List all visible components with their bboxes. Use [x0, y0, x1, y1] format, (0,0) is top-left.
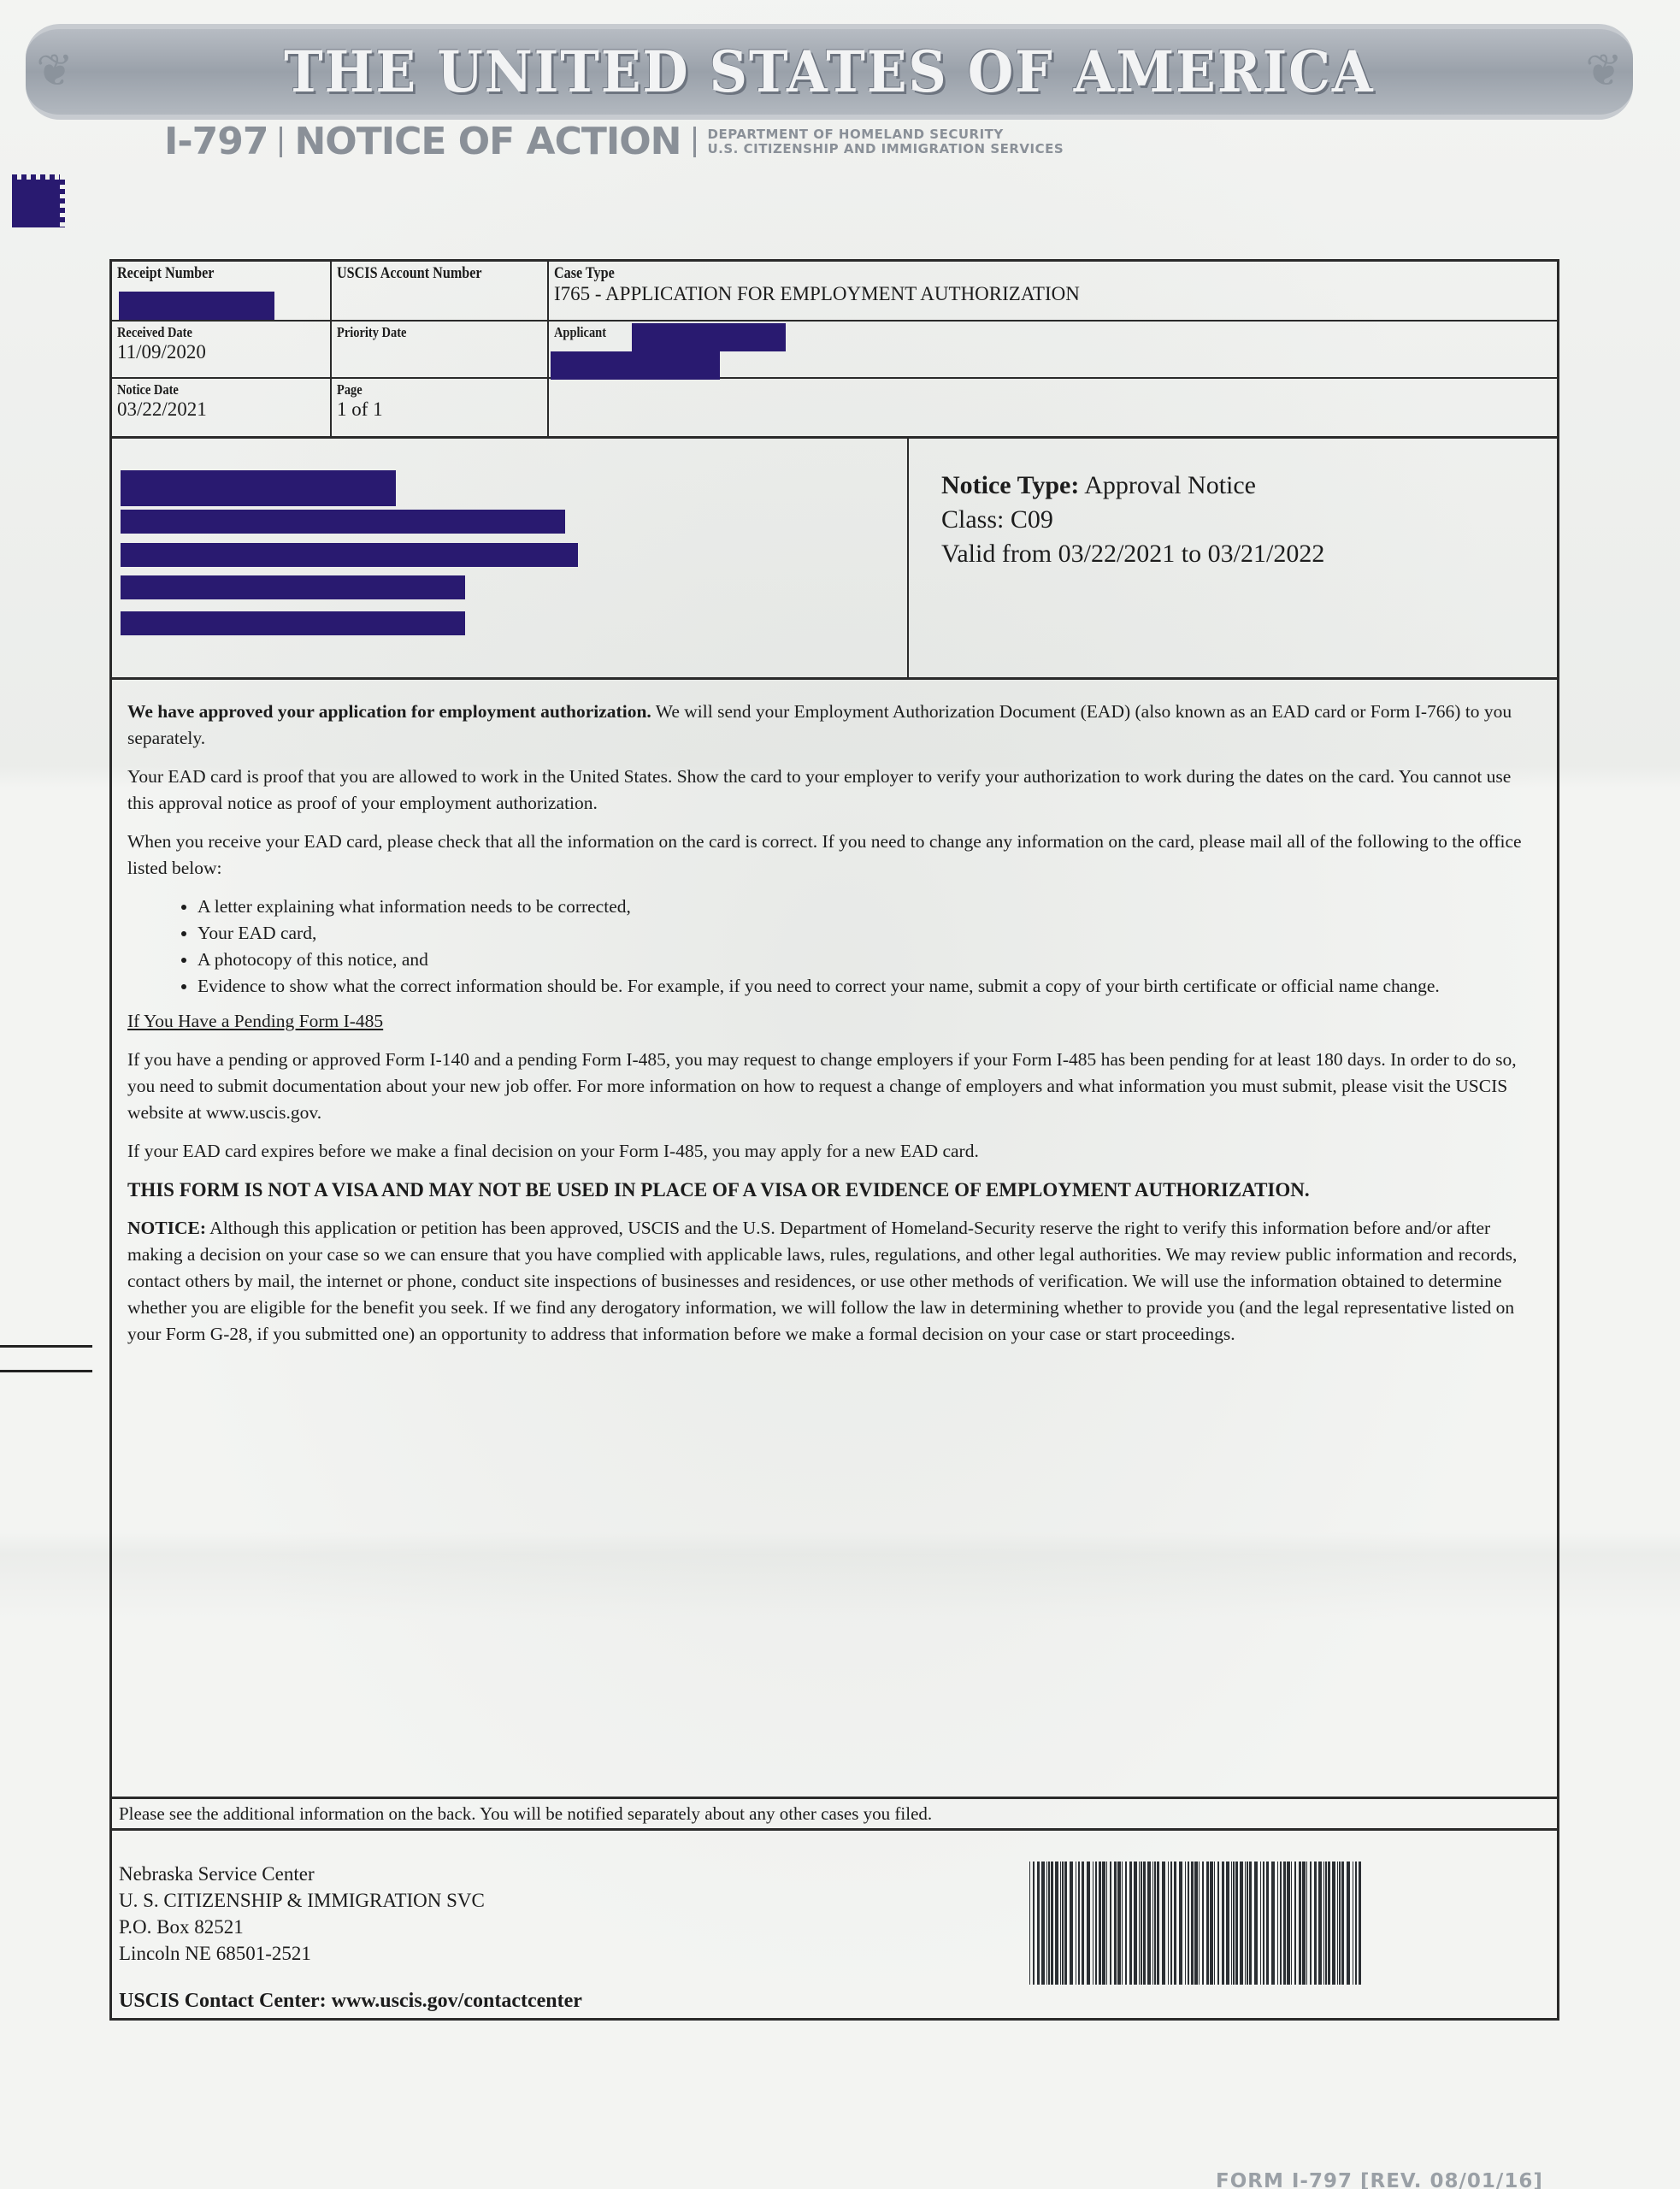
redacted-address-line: [121, 510, 565, 534]
ead-proof-paragraph: Your EAD card is proof that you are allo…: [127, 764, 1541, 817]
validity-period: Valid from 03/22/2021 to 03/21/2022: [941, 537, 1324, 571]
notice-body: We have approved your application for em…: [109, 677, 1559, 1799]
class: Class: C09: [941, 503, 1324, 537]
redacted-applicant: [632, 323, 786, 351]
form-name: NOTICE OF ACTION: [294, 120, 681, 163]
not-a-visa-warning: THIS FORM IS NOT A VISA AND MAY NOT BE U…: [127, 1177, 1541, 1203]
case-type-cell: Case Type I765 - APPLICATION FOR EMPLOYM…: [549, 262, 1557, 322]
renewal-paragraph: If your EAD card expires before we make …: [127, 1138, 1541, 1165]
case-info-table: Receipt Number USCIS Account Number Case…: [109, 259, 1559, 439]
list-item: Your EAD card,: [197, 920, 1541, 947]
received-date-cell: Received Date 11/09/2020: [112, 322, 332, 379]
receipt-number-cell: Receipt Number: [112, 262, 332, 322]
divider: [693, 127, 696, 157]
notice-date-cell: Notice Date 03/22/2021: [112, 379, 332, 436]
fold-mark: [0, 1345, 92, 1348]
form-revision: FORM I-797 [REV. 08/01/16]: [1216, 2170, 1543, 2189]
redacted-address-line: [121, 470, 396, 506]
fold-mark: [0, 1370, 92, 1372]
banner: ❦ THE UNITED STATES OF AMERICA ❦: [26, 24, 1633, 120]
contact-center: USCIS Contact Center: www.uscis.gov/cont…: [119, 1990, 582, 2013]
applicant-cell: Applicant: [549, 322, 1557, 379]
list-item: Evidence to show what the correct inform…: [197, 973, 1541, 1000]
redacted-address-line: [121, 575, 465, 599]
approval-paragraph: We have approved your application for em…: [127, 699, 1541, 752]
list-item: A letter explaining what information nee…: [197, 894, 1541, 920]
correction-paragraph: When you receive your EAD card, please c…: [127, 829, 1541, 882]
form-number: I-797: [164, 120, 268, 163]
ornament-icon: ❦: [31, 44, 79, 99]
page-cell: Page 1 of 1: [332, 379, 549, 436]
banner-title: THE UNITED STATES OF AMERICA: [284, 38, 1374, 105]
priority-date-cell: Priority Date: [332, 322, 549, 379]
redacted-address-line: [121, 611, 465, 635]
empty-cell: [549, 379, 1557, 436]
redacted-receipt-number: [119, 292, 274, 320]
notice-summary: Notice Type: Approval Notice Class: C09 …: [941, 469, 1324, 571]
pending-i485-heading: If You Have a Pending Form I-485: [127, 1008, 1541, 1035]
registration-mark: [12, 180, 60, 227]
change-employer-paragraph: If you have a pending or approved Form I…: [127, 1047, 1541, 1126]
additional-info-bar: Please see the additional information on…: [109, 1797, 1559, 1831]
notice-type: Approval Notice: [1084, 471, 1256, 499]
verification-notice: NOTICE: Although this application or pet…: [127, 1215, 1541, 1348]
service-center-address: Nebraska Service Center U. S. CITIZENSHI…: [119, 1861, 485, 1967]
agency-name: DEPARTMENT OF HOMELAND SECURITY U.S. CIT…: [708, 127, 1064, 156]
correction-list: A letter explaining what information nee…: [127, 894, 1541, 1000]
account-number-cell: USCIS Account Number: [332, 262, 549, 322]
form-header: I-797 NOTICE OF ACTION DEPARTMENT OF HOM…: [164, 120, 1064, 163]
ornament-icon: ❦: [1580, 44, 1628, 99]
redacted-applicant: [551, 351, 720, 380]
barcode: [1029, 1862, 1363, 1985]
list-item: A photocopy of this notice, and: [197, 947, 1541, 973]
address-section: Notice Type: Approval Notice Class: C09 …: [109, 436, 1559, 680]
column-divider: [907, 439, 909, 677]
divider: [280, 127, 282, 157]
redacted-address-line: [121, 543, 578, 567]
service-center-section: Nebraska Service Center U. S. CITIZENSHI…: [109, 1828, 1559, 2021]
